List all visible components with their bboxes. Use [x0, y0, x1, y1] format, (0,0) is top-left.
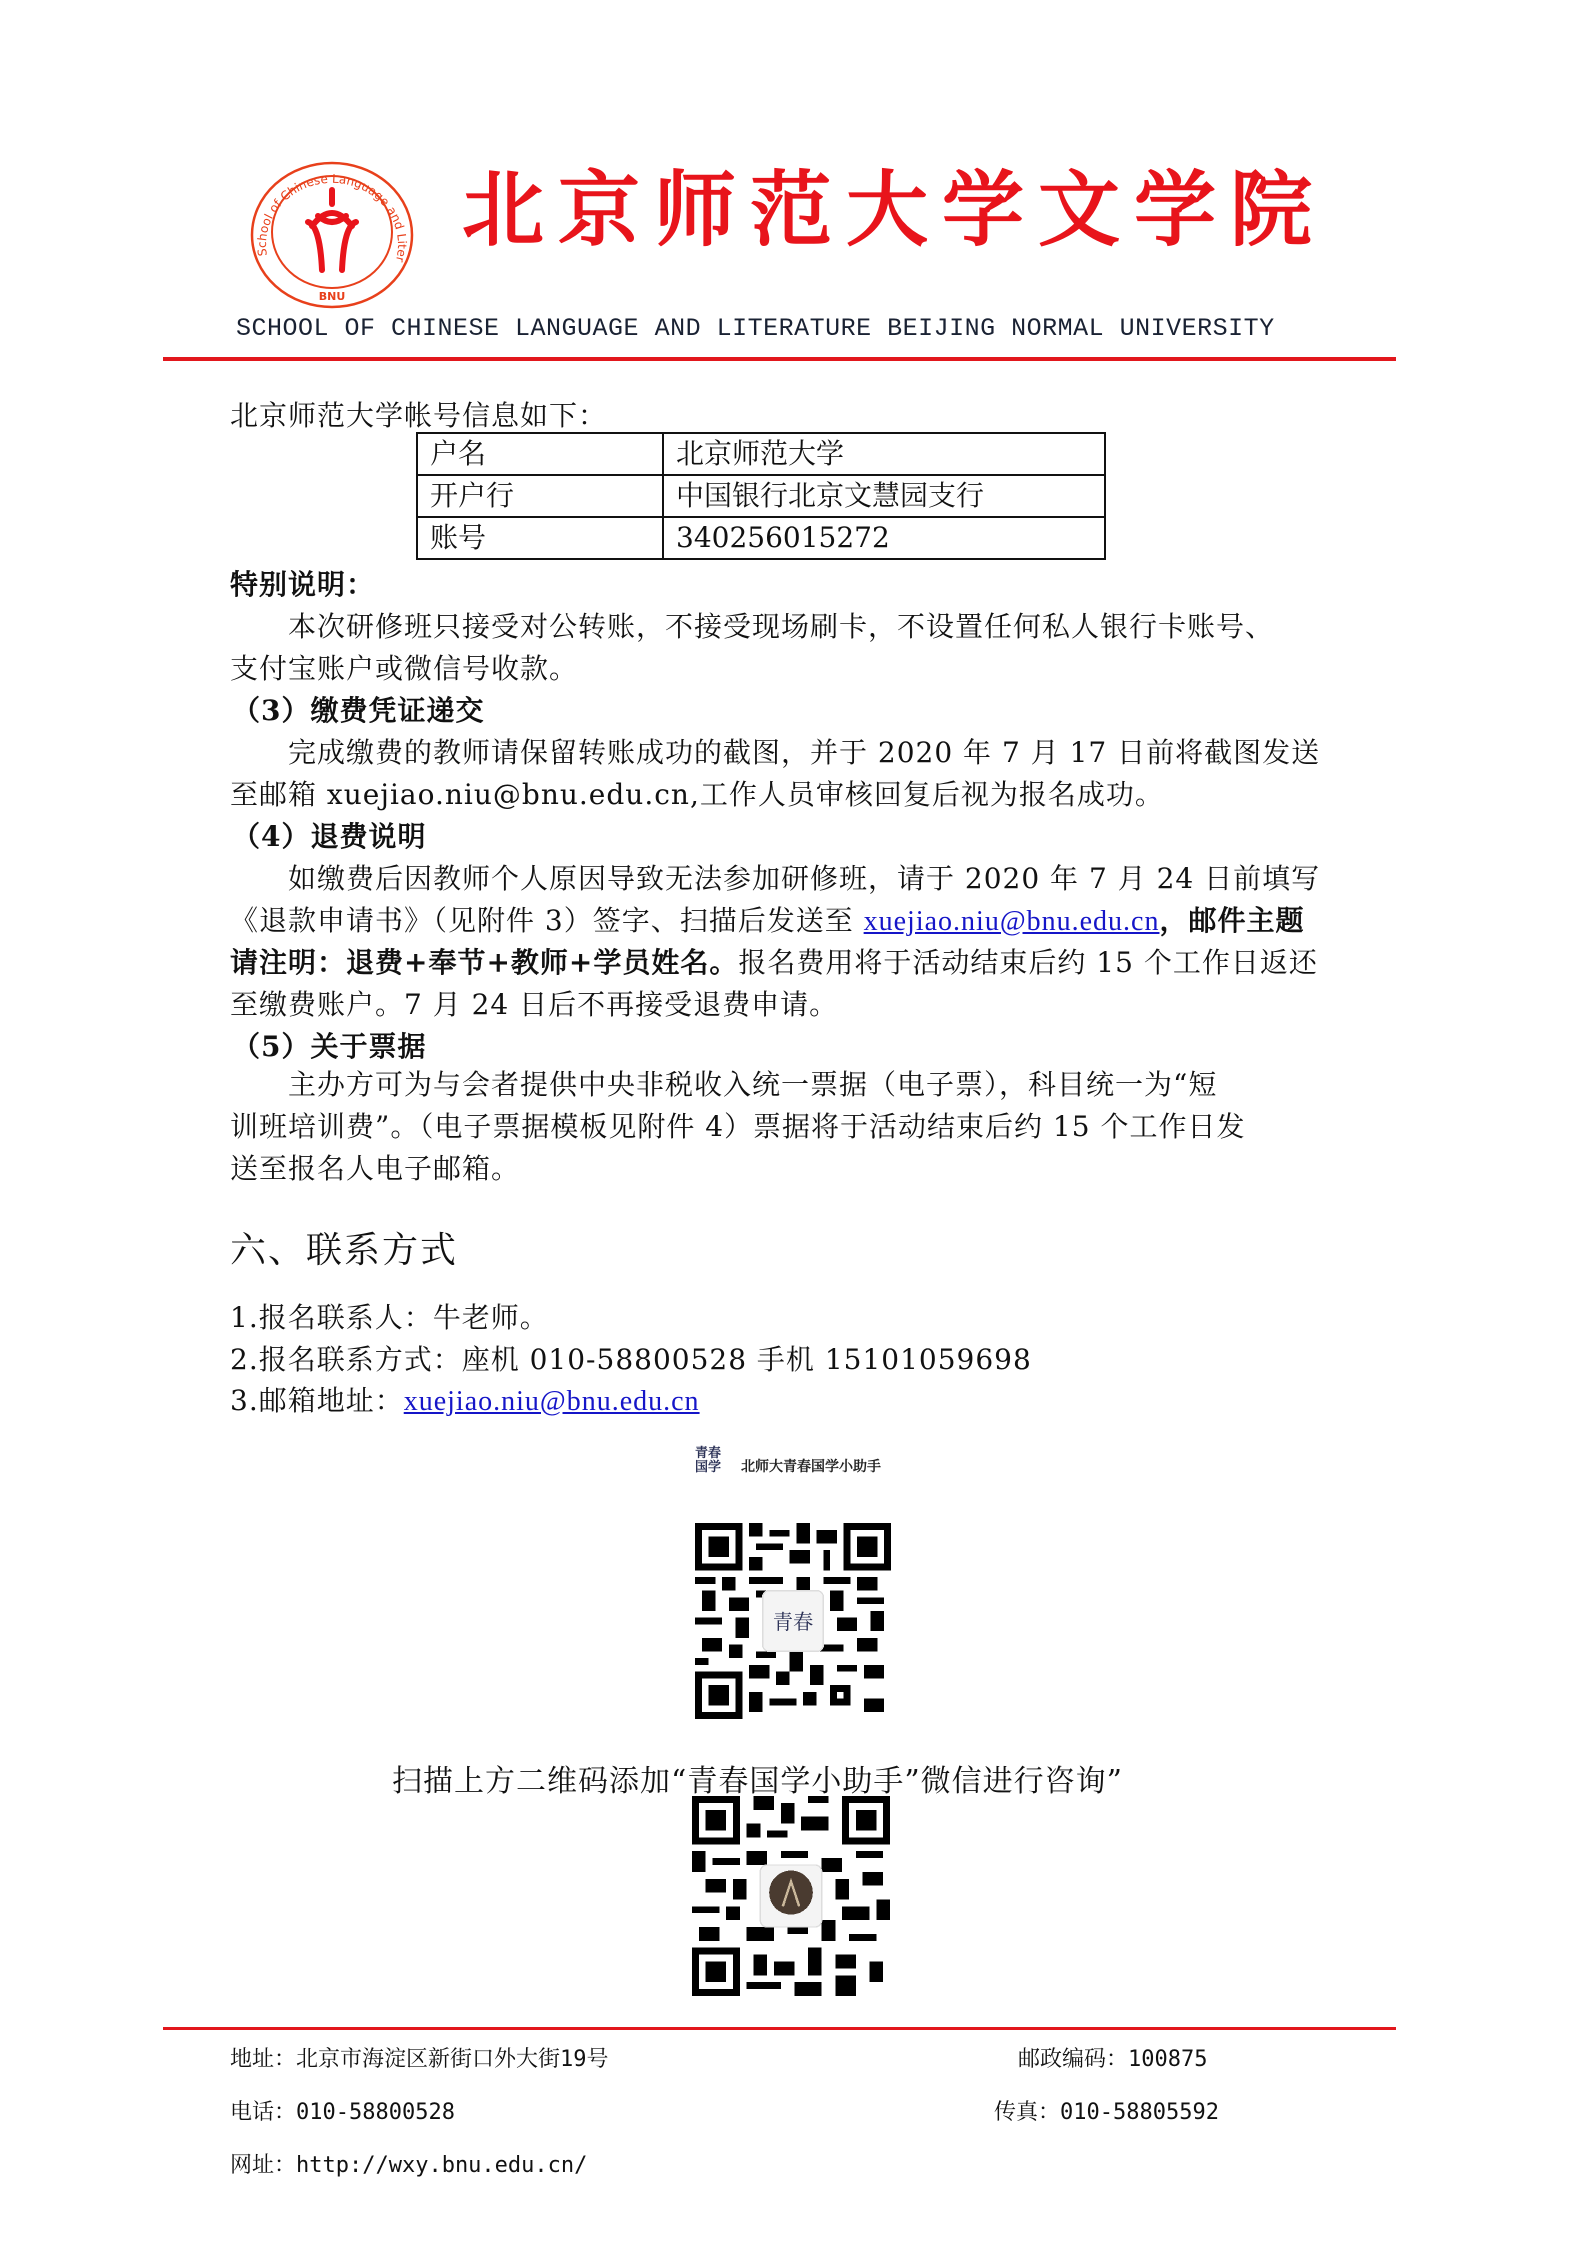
qr-caption: 扫描上方二维码添加“青春国学小助手”微信进行咨询”: [392, 1756, 1123, 1800]
section-4-text: 请注明：退费+奉节+教师+学员姓名。报名费用将于活动结束后约 15 个工作日返还: [230, 942, 1318, 984]
contact-heading: 六、联系方式: [230, 1226, 458, 1276]
wechat-account-name: 北师大青春国学小助手: [741, 1456, 881, 1476]
special-note-heading: 特别说明：: [230, 564, 375, 606]
section-3-text: 至邮箱 xuejiao.niu@bnu.edu.cn,工作人员审核回复后视为报名…: [230, 774, 1164, 816]
wechat-qr-code[interactable]: 青春: [695, 1523, 891, 1719]
section-5-text: 主办方可为与会者提供中央非税收入统一票据（电子票），科目统一为“短: [288, 1064, 1217, 1106]
account-number-value: 340256015272: [663, 517, 1105, 559]
footer-fax: 传真：010-58805592: [994, 2095, 1219, 2126]
footer-address: 地址：北京市海淀区新街口外大街19号: [230, 2042, 609, 2073]
bank-label: 开户行: [417, 475, 663, 517]
account-name-value: 北京师范大学: [663, 433, 1105, 475]
section-4-text-part: 报名费用将于活动结束后约 15 个工作日返还: [738, 946, 1317, 979]
section-3-heading: （3）缴费凭证递交: [232, 690, 484, 732]
contact-item: 3.邮箱地址：xuejiao.niu@bnu.edu.cn: [230, 1380, 700, 1423]
footer-postcode: 邮政编码：100875: [1018, 2042, 1207, 2073]
table-row: 开户行 中国银行北京文慧园支行: [417, 475, 1105, 517]
svg-text:青春: 青春: [773, 1610, 814, 1634]
school-name-english: SCHOOL OF CHINESE LANGUAGE AND LITERATUR…: [236, 314, 1275, 343]
email-link[interactable]: xuejiao.niu@bnu.edu.cn: [864, 906, 1160, 937]
section-3-text: 完成缴费的教师请保留转账成功的截图，并于 2020 年 7 月 17 日前将截图…: [288, 732, 1320, 774]
account-name-label: 户名: [417, 433, 663, 475]
account-table: 户名 北京师范大学 开户行 中国银行北京文慧园支行 账号 34025601527…: [416, 432, 1106, 560]
email-label: 3.邮箱地址：: [230, 1384, 404, 1417]
section-4-text: 如缴费后因教师个人原因导致无法参加研修班，请于 2020 年 7 月 24 日前…: [288, 858, 1320, 900]
section-4-text-part: 《退款申请书》（见附件 3）签字、扫描后发送至: [230, 904, 864, 937]
section-4-bold-part: ，邮件主题: [1159, 904, 1304, 937]
table-row: 账号 340256015272: [417, 517, 1105, 559]
section-4-text: 至缴费账户。7 月 24 日后不再接受退费申请。: [230, 984, 838, 1026]
account-number-label: 账号: [417, 517, 663, 559]
school-name-title: 北京师范大学文学院: [462, 160, 1326, 260]
account-intro: 北京师范大学帐号信息如下：: [230, 395, 607, 437]
footer-phone: 电话：010-58800528: [230, 2095, 455, 2126]
account-avatar: 青春国学: [693, 1447, 723, 1485]
section-4-heading: （4）退费说明: [232, 816, 426, 858]
special-note-text: 支付宝账户或微信号收款。: [230, 648, 578, 690]
section-5-heading: （5）关于票据: [232, 1026, 426, 1068]
school-logo: School of Chinese Language and Literatur…: [248, 160, 416, 310]
footer-divider: [163, 2027, 1396, 2030]
svg-text:BNU: BNU: [319, 290, 346, 303]
contact-item: 1.报名联系人：牛老师。: [230, 1297, 549, 1339]
section-5-text: 送至报名人电子邮箱。: [230, 1148, 520, 1190]
table-row: 户名 北京师范大学: [417, 433, 1105, 475]
section-4-text: 《退款申请书》（见附件 3）签字、扫描后发送至 xuejiao.niu@bnu.…: [230, 900, 1304, 943]
bank-value: 中国银行北京文慧园支行: [663, 475, 1105, 517]
section-4-bold-part: 请注明：退费+奉节+教师+学员姓名。: [230, 946, 738, 979]
header-divider: [163, 357, 1396, 361]
email-link[interactable]: xuejiao.niu@bnu.edu.cn: [404, 1386, 700, 1417]
wechat-qr-code-2[interactable]: [692, 1796, 890, 1996]
wechat-account-header: 青春国学 北师大青春国学小助手: [693, 1447, 881, 1485]
footer-website: 网址：http://wxy.bnu.edu.cn/: [230, 2148, 587, 2179]
contact-item: 2.报名联系方式：座机 010-58800528 手机 15101059698: [230, 1339, 1032, 1381]
section-5-text: 训班培训费”。（电子票据模板见附件 4）票据将于活动结束后约 15 个工作日发: [230, 1106, 1245, 1148]
special-note-text: 本次研修班只接受对公转账，不接受现场刷卡，不设置任何私人银行卡账号、: [288, 606, 1274, 648]
